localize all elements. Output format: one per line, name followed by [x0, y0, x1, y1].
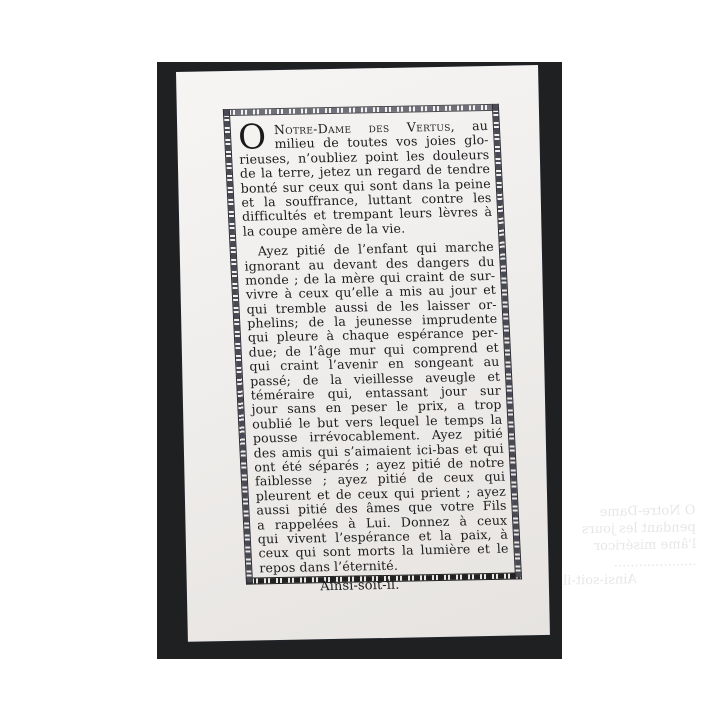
closing-amen: Ainsi-soit-il.	[260, 577, 511, 596]
prayer-card: O Notre-Dame pendant les jours l'âme mis…	[176, 65, 550, 642]
second-paragraph: Ayez pitié de l’enfant qui marche ignora…	[243, 240, 509, 575]
prayer-text: O Notre-Dame des Vertus, au milieu de to…	[238, 119, 511, 596]
opening-paragraph: O Notre-Dame des Vertus, au milieu de to…	[238, 119, 494, 239]
text-line: repos dans l’éternité.	[259, 556, 510, 575]
greek-key-border: O Notre-Dame des Vertus, au milieu de to…	[223, 104, 522, 585]
text-fragment: au	[472, 118, 489, 133]
border-top	[223, 104, 499, 116]
drop-cap: O	[237, 120, 267, 155]
